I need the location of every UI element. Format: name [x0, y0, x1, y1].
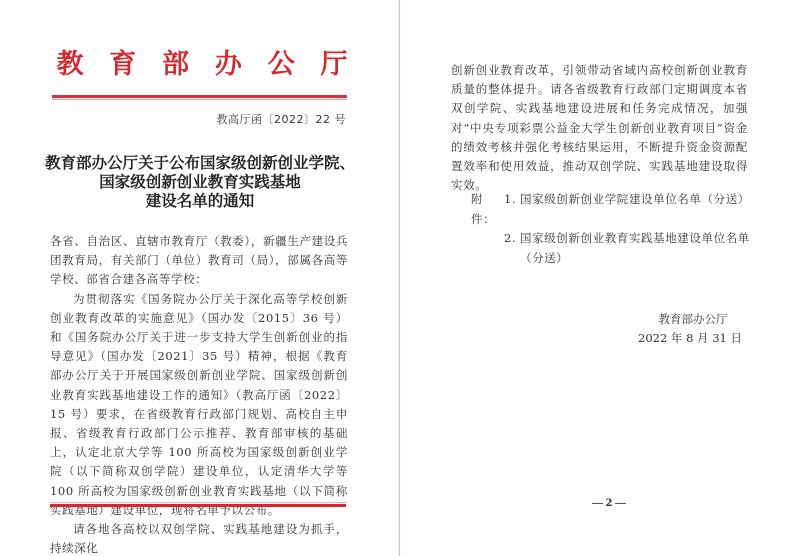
page-number: 2 — [584, 498, 634, 509]
letterhead-char: 教 — [52, 48, 88, 82]
letterhead-char: 厅 — [316, 48, 352, 82]
attachments-label: 附件： — [471, 190, 504, 229]
paragraph: 创新创业教育改革，引领带动省域内高校创新创业教育质量的整体提升。请各省级教育行政… — [451, 61, 748, 195]
letterhead-char: 办 — [210, 48, 246, 82]
letterhead-red-rule — [52, 95, 347, 98]
document-number: 教高厅函〔2022〕22 号 — [217, 111, 347, 127]
signature-block: 教育部办公厅 2022 年 8 月 31 日 — [630, 310, 750, 347]
attachment-item: 附件： 1. 国家级创新创业学院建设单位名单（分送） — [471, 190, 751, 229]
addressee: 各省、自治区、直辖市教育厅（教委），新疆生产建设兵团教育局，有关部门（单位）教育… — [50, 232, 348, 290]
attachments-list: 附件： 1. 国家级创新创业学院建设单位名单（分送） 2. 国家级创新创业教育实… — [471, 190, 751, 268]
letterhead-title: 教 育 部 办 公 厅 — [52, 48, 352, 82]
paragraph: 请各地各高校以双创学院、实践基地建设为抓手，持续深化 — [50, 520, 348, 556]
attachment-text: 国家级创新创业学院建设单位名单（分送） — [520, 190, 751, 229]
paragraph: 为贯彻落实《国务院办公厅关于深化高等学校创新创业教育改革的实施意见》（国办发〔2… — [50, 290, 348, 520]
title-line: 教育部办公厅关于公布国家级创新创业学院、 — [40, 153, 360, 172]
signature-date: 2022 年 8 月 31 日 — [630, 329, 750, 348]
signature-org: 教育部办公厅 — [630, 310, 750, 329]
attachment-text: 国家级创新创业教育实践基地建设单位名单（分送） — [520, 229, 751, 268]
attachment-number: 1. — [504, 190, 520, 229]
body-text-continued: 创新创业教育改革，引领带动省域内高校创新创业教育质量的整体提升。请各省级教育行政… — [451, 61, 748, 195]
left-page: 教 育 部 办 公 厅 教高厅函〔2022〕22 号 教育部办公厅关于公布国家级… — [0, 0, 398, 556]
title-line: 国家级创新创业教育实践基地 — [40, 172, 360, 191]
letterhead-char: 育 — [105, 48, 141, 82]
attachment-item: 2. 国家级创新创业教育实践基地建设单位名单（分送） — [471, 229, 751, 268]
letterhead-char: 部 — [158, 48, 194, 82]
title-line: 建设名单的通知 — [40, 191, 360, 210]
letterhead-char: 公 — [263, 48, 299, 82]
body-text: 各省、自治区、直辖市教育厅（教委），新疆生产建设兵团教育局，有关部门（单位）教育… — [50, 232, 348, 556]
attachment-number: 2. — [504, 229, 520, 268]
footer-red-rule — [50, 504, 346, 507]
document-title: 教育部办公厅关于公布国家级创新创业学院、 国家级创新创业教育实践基地 建设名单的… — [40, 153, 360, 210]
